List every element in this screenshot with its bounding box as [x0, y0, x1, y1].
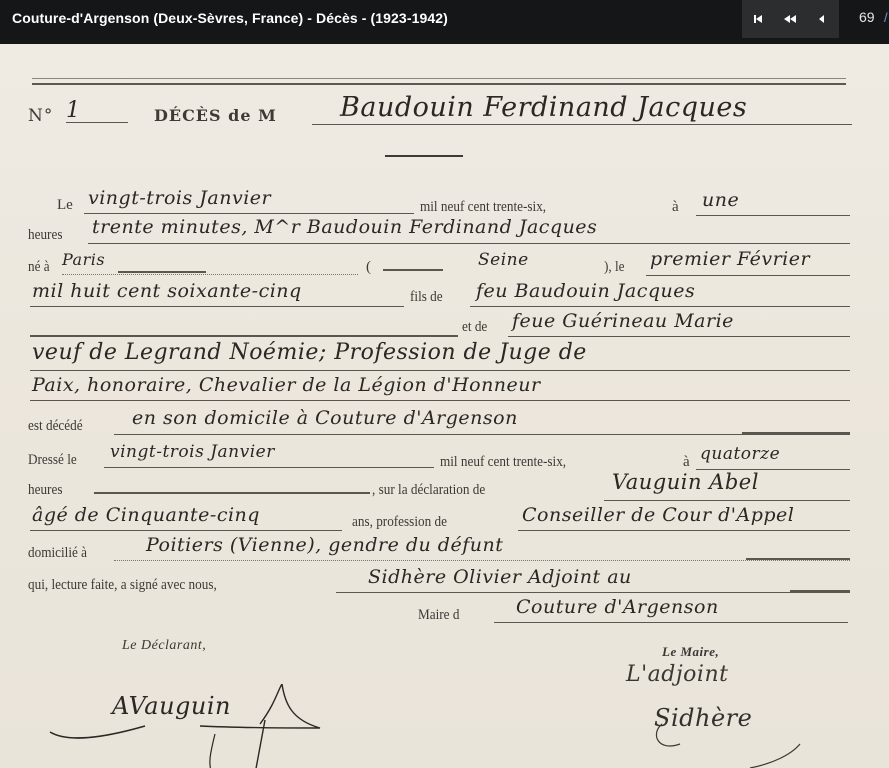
handwritten-honours: Paix, honoraire, Chevalier de la Légion … [32, 374, 541, 396]
fill-line [30, 400, 850, 401]
printed-text: Le [57, 197, 73, 214]
handwritten-officer: Sidhère Olivier Adjoint au [368, 566, 632, 588]
printed-text: heures [28, 482, 62, 499]
mayor-signature-flourish [640, 694, 820, 768]
mayor-adjoint-handwritten: L'adjoint [626, 662, 728, 687]
fill-line [94, 492, 370, 494]
fill-line [114, 560, 850, 561]
document-image: N° 1 DÉCÈS de M Baudouin Ferdinand Jacqu… [0, 44, 889, 768]
fill-line [696, 215, 850, 216]
fill-line [383, 269, 443, 271]
record-number-label: N° [28, 106, 53, 126]
fast-rewind-icon [783, 13, 797, 25]
skip-to-first-icon [752, 13, 764, 25]
handwritten-department: Seine [478, 250, 529, 270]
printed-text: est décédé [28, 418, 83, 435]
handwritten-birthplace: Paris [62, 250, 105, 269]
handwritten-spouse-profession: veuf de Legrand Noémie; Profession de Ju… [32, 340, 587, 365]
printed-text: et de [462, 319, 487, 336]
fill-line [746, 558, 850, 560]
fill-line [336, 592, 850, 593]
printed-text: , sur la déclaration de [372, 482, 485, 499]
fill-line [114, 434, 850, 435]
fill-line [88, 243, 850, 244]
fill-line [30, 335, 458, 337]
printed-text: à [672, 199, 679, 216]
record-heading: DÉCÈS de M [154, 106, 277, 125]
printed-text: ans, profession de [352, 514, 447, 531]
printed-text: qui, lecture faite, a signé avec nous, [28, 577, 217, 594]
handwritten-text: trente minutes, M^r Baudouin Ferdinand J… [92, 216, 597, 238]
record-number-value: 1 [66, 98, 81, 123]
handwritten-commune: Couture d'Argenson [516, 596, 719, 618]
handwritten-father: feu Baudouin Jacques [476, 280, 695, 302]
navigation-controls [742, 0, 839, 38]
top-rule [32, 78, 846, 79]
fill-line [470, 306, 850, 307]
handwritten-birthdate: premier Février [650, 248, 810, 270]
viewer-toolbar: Couture-d'Argenson (Deux-Sèvres, France)… [0, 0, 889, 44]
heading-separator [385, 155, 463, 157]
handwritten-hour: une [702, 189, 739, 211]
fill-line [30, 306, 404, 307]
handwritten-residence: Poitiers (Vienne), gendre du défunt [146, 534, 503, 556]
document-title: Couture-d'Argenson (Deux-Sèvres, France)… [12, 10, 448, 26]
printed-text: heures [28, 227, 62, 244]
fill-line [604, 500, 850, 501]
fill-line [30, 370, 850, 371]
fill-line [104, 467, 434, 468]
declarant-label: Le Déclarant, [122, 638, 206, 654]
previous-icon [817, 13, 827, 25]
fill-line [84, 213, 414, 214]
page-total-separator: / [884, 10, 889, 24]
handwritten-mother: feue Guérineau Marie [512, 310, 734, 332]
handwritten-place-of-death: en son domicile à Couture d'Argenson [132, 407, 518, 429]
handwritten-date: vingt-trois Janvier [88, 187, 271, 209]
printed-text: Dressé le [28, 452, 77, 469]
top-rule [32, 83, 846, 85]
handwritten-hour: quatorze [700, 444, 780, 464]
record-number-blank [66, 122, 128, 123]
previous-ten-pages-button[interactable] [774, 0, 806, 38]
printed-text: né à [28, 259, 50, 276]
printed-text: mil neuf cent trente-six, [440, 454, 566, 471]
fill-line [742, 432, 850, 434]
first-page-button[interactable] [742, 0, 774, 38]
fill-line [646, 275, 850, 276]
fill-line [494, 622, 848, 623]
mayor-label: Le Maire, [662, 644, 719, 660]
printed-text: à [683, 454, 690, 471]
printed-text: ( [366, 259, 371, 276]
fill-line [62, 274, 358, 275]
fill-line [118, 271, 206, 273]
printed-text: domicilié à [28, 545, 87, 562]
fill-line [790, 590, 850, 592]
fill-line [518, 530, 850, 531]
declarant-signature-flourish [40, 684, 340, 768]
handwritten-date: vingt-trois Janvier [110, 442, 275, 462]
printed-text: fils de [410, 289, 443, 306]
fill-line [508, 336, 850, 337]
handwritten-birthyear: mil huit cent soixante-cinq [32, 280, 302, 302]
printed-text: ), le [604, 259, 625, 276]
printed-text: Maire d [418, 607, 459, 624]
handwritten-profession: Conseiller de Cour d'Appel [522, 504, 794, 526]
deceased-name-line [312, 124, 852, 125]
handwritten-declarant: Vauguin Abel [612, 470, 759, 494]
handwritten-age: âgé de Cinquante-cinq [32, 504, 260, 526]
printed-text: mil neuf cent trente-six, [420, 199, 546, 216]
page-number-input[interactable]: 69 [859, 9, 875, 25]
fill-line [30, 530, 342, 531]
previous-page-button[interactable] [806, 0, 838, 38]
deceased-name: Baudouin Ferdinand Jacques [340, 92, 747, 123]
